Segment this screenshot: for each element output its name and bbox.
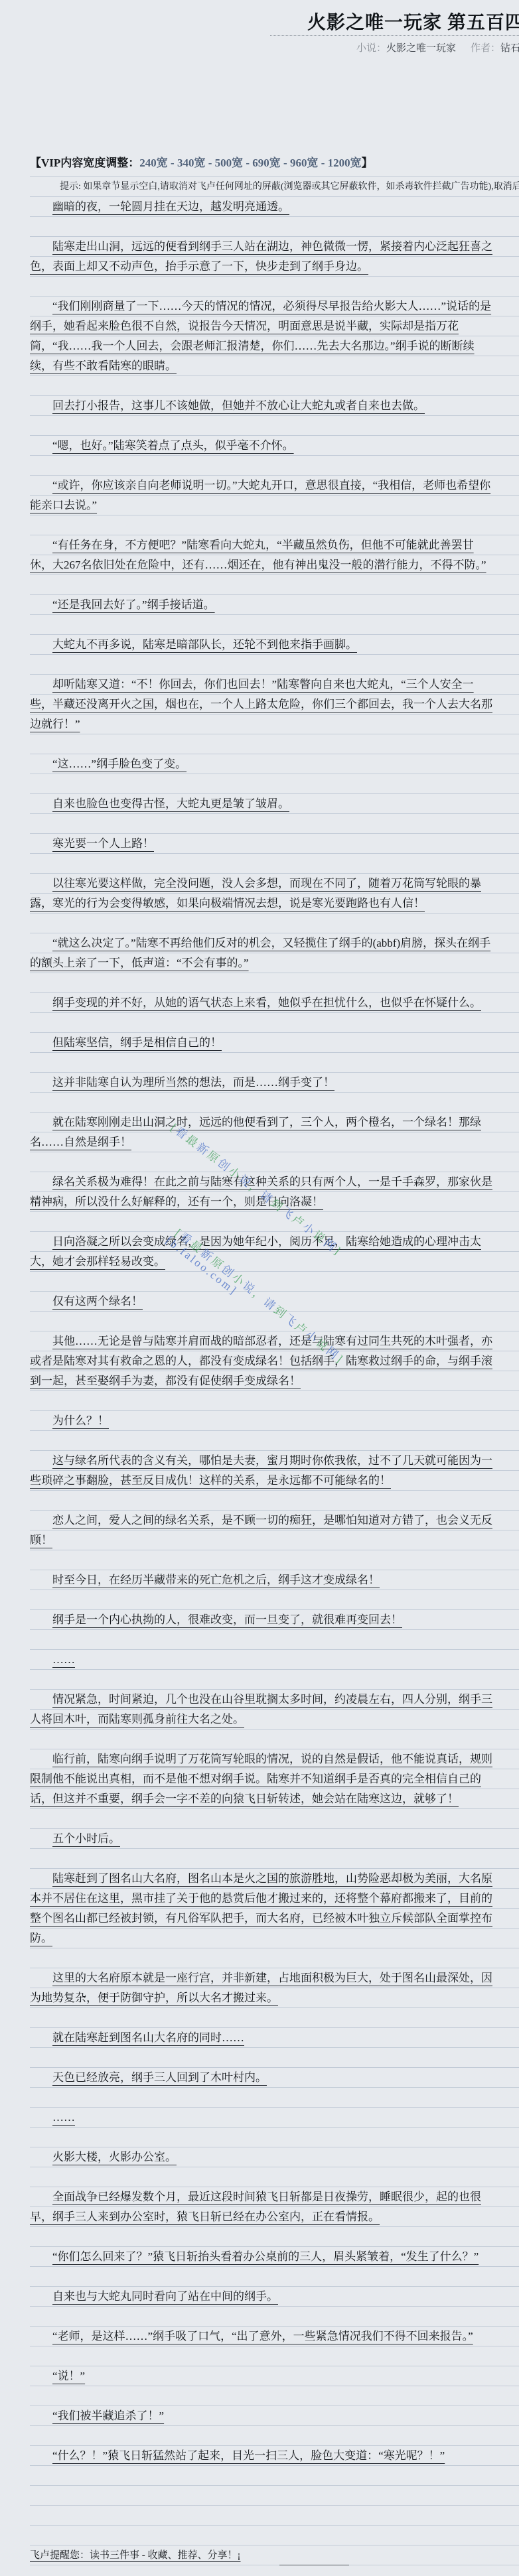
- novel-paragraph: 仅有这两个绿名！: [30, 1292, 494, 1312]
- novel-paragraph: “这……”纲手脸色变了变。: [30, 754, 494, 774]
- novel-paragraph: 情况紧急，时间紧迫，几个也没在山谷里耽搁太多时间，约凌晨左右，四人分别，纲手三人…: [30, 1690, 494, 1729]
- novel-content: 幽暗的夜，一轮圆月挂在天边，越发明亮通透。陆寒走出山洞，远远的便看到纲手三人站在…: [30, 197, 494, 2486]
- novel-paragraph: 以往寒光要这样做，完全没问题，没人会多想，而现在不同了，随着万花筒写轮眼的暴露，…: [30, 874, 494, 914]
- novel-paragraph: 其他……无论是曾与陆寒并肩而战的暗部忍者，还是与陆寒有过同生共死的木叶强者，亦或…: [30, 1331, 494, 1391]
- novel-paragraph: “什么？！”猿飞日斩猛然站了起来，目光一扫三人，脸色大变道：“寒光呢？！”: [30, 2446, 494, 2466]
- novel-meta: 小说：火影之唯一玩家作者：钻石王老五: [356, 40, 519, 54]
- novel-paragraph: ……: [30, 2108, 494, 2128]
- novel-paragraph: “你们怎么回来了？”猿飞日斩抬头看着办公桌前的三人，眉头紧皱着，“发生了什么？”: [30, 2247, 494, 2267]
- novel-paragraph: 自来也脸色也变得古怪，大蛇丸更是皱了皱眉。: [30, 794, 494, 814]
- width-adjuster-suffix: 】: [362, 157, 373, 169]
- novel-paragraph: “说！”: [30, 2366, 494, 2386]
- novel-paragraph: “老师，是这样……”纲手吸了口气，“出了意外，一些紧急情况我们不得不回来报告。”: [30, 2327, 494, 2346]
- novel-paragraph: 纲手是一个内心执拗的人，很难改变，而一旦变了，就很难再变回去！: [30, 1610, 494, 1630]
- novel-paragraph: 时至今日，在经历半藏带来的死亡危机之后，纲手这才变成绿名！: [30, 1570, 494, 1590]
- author-label: 作者：: [471, 43, 500, 54]
- novel-paragraph: 天色已经放亮，纲手三人回到了木叶村内。: [30, 2068, 494, 2088]
- novel-paragraph: “我们刚刚商量了一下……今天的情况的情况，必须得尽早报告给火影大人……”说话的是…: [30, 297, 494, 376]
- novel-paragraph: 五个小时后。: [30, 1829, 494, 1849]
- novel-paragraph: 绿名关系极为难得！在此之前与陆寒有这种关系的只有两个人，一是千手森罗，那家伙是精…: [30, 1172, 494, 1212]
- novel-paragraph: 这与绿名所代表的含义有关，哪怕是夫妻，蜜月期时你侬我侬，过不了几天就可能因为一些…: [30, 1451, 494, 1491]
- width-option-1200宽[interactable]: 1200宽: [328, 157, 362, 169]
- width-adjuster-prefix: 【VIP内容宽度调整：: [30, 157, 139, 169]
- novel-paragraph: ……: [30, 1650, 494, 1670]
- novel-paragraph: 寒光要一个人上路！: [30, 834, 494, 854]
- novel-paragraph: 纲手变现的并不好，从她的语气状态上来看，她似乎在担忧什么，也似乎在怀疑什么。: [30, 993, 494, 1013]
- novel-paragraph: 全面战争已经爆发数个月，最近这段时间猿飞日斩都是日夜操劳，睡眠很少，起的也很早，…: [30, 2187, 494, 2227]
- width-option-690宽[interactable]: 690宽: [252, 157, 281, 169]
- vip-width-adjuster: 【VIP内容宽度调整：240宽 - 340宽 - 500宽 - 690宽 - 9…: [30, 153, 373, 170]
- novel-paragraph: 日向洛凝之所以会变成绿名，是因为她年纪小，阅历不足，陆寒给她造成的心理冲击太大，…: [30, 1232, 494, 1272]
- chapter-reader-page: 火影之唯一玩家 第五百四十章 小说：火影之唯一玩家作者：钻石王老五 【VIP内容…: [0, 0, 519, 2576]
- title-separator: [270, 35, 519, 36]
- novel-paragraph: “还是我回去好了。”纲手接话道。: [30, 595, 494, 615]
- novel-paragraph: 幽暗的夜，一轮圆月挂在天边，越发明亮通透。: [30, 197, 494, 217]
- novel-paragraph: 但陆寒坚信，纲手是相信自己的！: [30, 1033, 494, 1053]
- novel-paragraph: 大蛇丸不再多说，陆寒是暗部队长，还轮不到他来指手画脚。: [30, 635, 494, 655]
- width-option-960宽[interactable]: 960宽: [290, 157, 319, 169]
- novel-paragraph: 火影大楼，火影办公室。: [30, 2147, 494, 2167]
- novel-paragraph: 这并非陆寒自认为理所当然的想法，而是……纲手变了！: [30, 1073, 494, 1093]
- novel-paragraph: 临行前，陆寒向纲手说明了万花筒写轮眼的情况，说的自然是假话，他不能说真话，规则限…: [30, 1749, 494, 1809]
- novel-paragraph: 就在陆寒赶到图名山大名府的同时……: [30, 2028, 494, 2048]
- footer-underline-blank: [279, 2549, 349, 2565]
- width-option-separator: -: [243, 157, 252, 169]
- anti-block-notice: 提示: 如果章节显示空白,请取消对飞卢任何网址的屏蔽(浏览器或其它屏蔽软件，如杀…: [30, 177, 519, 197]
- novel-paragraph: 却听陆寒又道：“不！你回去，你们也回去！”陆寒瞥向自来也大蛇丸，“三个人安全一些…: [30, 675, 494, 734]
- novel-paragraph: 这里的大名府原本就是一座行宫，并非新建，占地面积极为巨大，处于图名山最深处，因为…: [30, 1968, 494, 2008]
- novel-paragraph: “就这么决定了。”陆寒不再给他们反对的机会，又轻揽住了纲手的(abbf)肩膀，探…: [30, 933, 494, 973]
- author-name-link[interactable]: 钻石王老五: [500, 43, 519, 54]
- novel-paragraph: “嗯，也好。”陆寒笑着点了点头，似乎毫不介怀。: [30, 436, 494, 456]
- novel-paragraph: 恋人之间，爱人之间的绿名关系，是不顾一切的痴狂，是哪怕知道对方错了，也会义无反顾…: [30, 1511, 494, 1550]
- novel-paragraph: 自来也与大蛇丸同时看向了站在中间的纲手。: [30, 2287, 494, 2307]
- novel-paragraph: 陆寒赶到了图名山大名府，图名山本是火之国的旅游胜地，山势险恶却极为美丽，大名原本…: [30, 1869, 494, 1948]
- reminder-text: 飞卢提醒您：读书三件事 - 收藏、推荐、分享！¡: [30, 2550, 241, 2561]
- novel-name-link[interactable]: 火影之唯一玩家: [386, 43, 456, 54]
- width-option-separator: -: [168, 157, 177, 169]
- width-option-separator: -: [281, 157, 290, 169]
- chapter-title: 火影之唯一玩家 第五百四十章: [307, 8, 519, 34]
- novel-paragraph: “我们被半藏追杀了！”: [30, 2406, 494, 2426]
- width-option-separator: -: [318, 157, 327, 169]
- novel-label: 小说：: [356, 43, 386, 54]
- novel-paragraph: “有任务在身，不方便吧？”陆寒看向大蛇丸，“半藏虽然负伤，但他不可能就此善罢甘休…: [30, 535, 494, 575]
- width-option-separator: -: [205, 157, 214, 169]
- width-options: 240宽 - 340宽 - 500宽 - 690宽 - 960宽 - 1200宽: [139, 157, 361, 169]
- width-option-500宽[interactable]: 500宽: [215, 157, 244, 169]
- reminder-footer: 飞卢提醒您：读书三件事 - 收藏、推荐、分享！¡: [30, 2545, 349, 2565]
- novel-paragraph: 为什么？！: [30, 1411, 494, 1431]
- novel-paragraph: 回去打小报告，这事儿不该她做，但她并不放心让大蛇丸或者自来也去做。: [30, 396, 494, 416]
- novel-paragraph: 就在陆寒刚刚走出山洞之时，远远的他便看到了，三个人，两个橙名，一个绿名！那绿名……: [30, 1113, 494, 1152]
- novel-paragraph: “或许，你应该亲自向老师说明一切。”大蛇丸开口，意思很直接，“我相信，老师也希望…: [30, 476, 494, 515]
- novel-paragraph: 陆寒走出山洞，远远的便看到纲手三人站在湖边，神色微微一愣，紧接着内心泛起狂喜之色…: [30, 237, 494, 277]
- width-option-340宽[interactable]: 340宽: [177, 157, 206, 169]
- width-option-240宽[interactable]: 240宽: [139, 157, 168, 169]
